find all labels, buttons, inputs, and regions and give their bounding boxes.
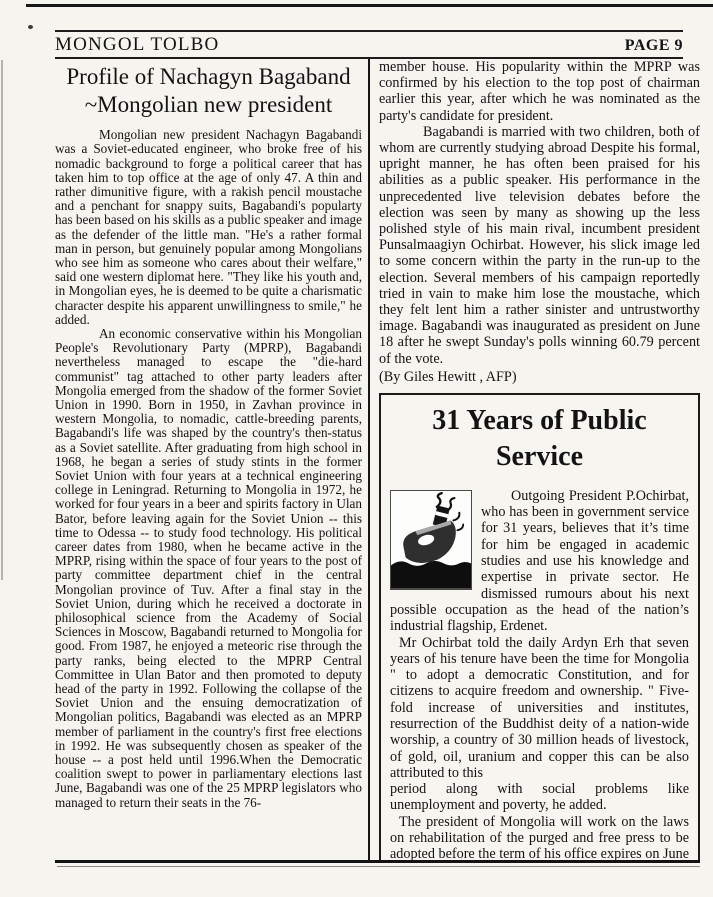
header-top-rule: [55, 30, 683, 32]
service-paragraph-3: period along with social problems like u…: [390, 781, 689, 814]
steamship-icon: [391, 491, 471, 589]
article-columns: Profile of Nachagyn Bagaband ~Mongolian …: [55, 59, 700, 861]
newspaper-page: MONGOL TOLBO PAGE 9 Profile of Nachagyn …: [0, 0, 713, 897]
scan-edge-artifact-left: [1, 60, 3, 580]
profile-title-line2: ~Mongolian new president: [85, 92, 333, 117]
masthead: MONGOL TOLBO: [55, 34, 219, 56]
page-bottom-rule: [55, 860, 700, 863]
profile-paragraph-4: Bagabandi is married with two children, …: [379, 124, 700, 367]
profile-paragraph-2: An economic conservative within his Mong…: [55, 327, 362, 810]
service-paragraph-2: Mr Ochirbat told the daily Ardyn Erh tha…: [390, 635, 689, 782]
steamship-clipart: [390, 490, 472, 590]
service-title-line1: 31 Years of Public: [432, 405, 646, 436]
profile-paragraph-3: member house. His popularity within the …: [379, 59, 700, 124]
service-title-line2: Service: [496, 441, 583, 472]
right-column: member house. His popularity within the …: [370, 59, 700, 861]
service-article-box: 31 Years of Public Service: [379, 393, 700, 861]
left-column: Profile of Nachagyn Bagaband ~Mongolian …: [55, 59, 370, 861]
service-paragraph-4: The president of Mongolia will work on t…: [390, 814, 689, 861]
profile-title-line1: Profile of Nachagyn Bagaband: [66, 64, 350, 89]
service-article-title: 31 Years of Public Service: [390, 403, 689, 476]
scan-speck-artifact: [28, 25, 33, 29]
page-bottom-rule-echo: [57, 866, 700, 867]
profile-article-title: Profile of Nachagyn Bagaband ~Mongolian …: [55, 63, 362, 119]
profile-paragraph-1: Mongolian new president Nachagyn Bagaban…: [55, 128, 362, 327]
page-number: PAGE 9: [625, 37, 683, 55]
page-header: MONGOL TOLBO PAGE 9: [55, 34, 683, 56]
scan-edge-artifact: [26, 4, 713, 7]
profile-byline: (By Giles Hewitt , AFP): [379, 369, 700, 385]
